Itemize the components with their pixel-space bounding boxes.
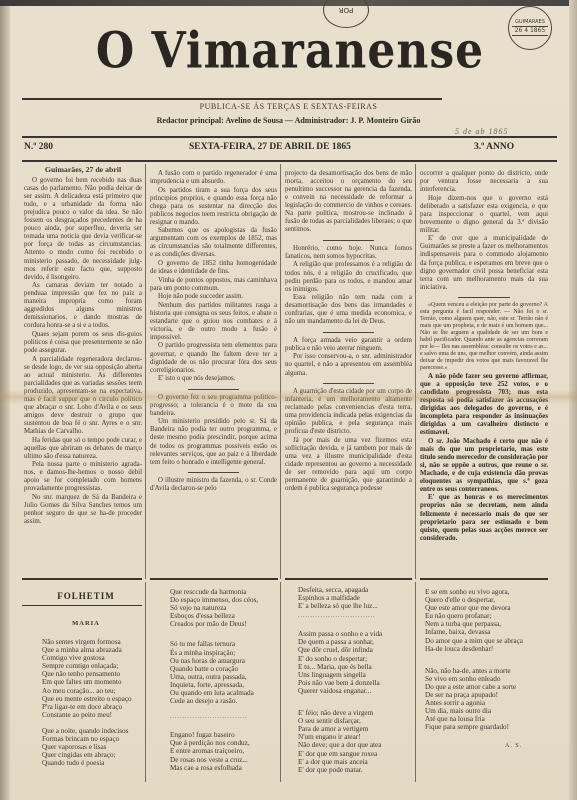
poem-stanza: Não, não ha-de, antes a morte Se vivo em… bbox=[425, 667, 523, 732]
column-divider-3 bbox=[415, 164, 416, 579]
folhetim-heading: FOLHETIM bbox=[40, 591, 132, 601]
poem-column-3: Desfeita, secca, apagada Espinhos a malf… bbox=[298, 586, 382, 782]
folhetim-divider-2 bbox=[280, 582, 281, 782]
masthead-rule bbox=[22, 98, 442, 100]
poem-stanza: Assim passa o sonho e a vida De quem a p… bbox=[298, 630, 382, 695]
section-separator bbox=[285, 327, 412, 337]
article-column-1: Guimarães, 27 de abril O governo foi bem… bbox=[24, 166, 142, 576]
poem-stanza: Que a noite, quando indecisos Formas bri… bbox=[42, 727, 132, 767]
column-divider-1 bbox=[145, 164, 146, 579]
poem-stanza: Não sentes virgem formosa Que a minha al… bbox=[42, 638, 132, 719]
article-column-4: occorrer a qualquer ponto do districto, … bbox=[420, 170, 548, 570]
poem-stanza: E' féio; não deve a virgem O seu sentir … bbox=[298, 709, 382, 774]
issue-rule-bottom bbox=[22, 160, 557, 162]
section-separator bbox=[285, 378, 412, 388]
folhetim-rule bbox=[285, 578, 412, 580]
handwritten-note: 5 de ab 1865 bbox=[455, 127, 509, 136]
section-separator bbox=[420, 292, 548, 302]
poem-dotted-separator: ............................... bbox=[298, 612, 382, 620]
folhetim-divider-3 bbox=[415, 582, 416, 782]
poem-title: MARIA bbox=[40, 620, 132, 627]
article-column-2: A fusão com o partido regenerador é uma … bbox=[150, 170, 277, 570]
folhetim-rule bbox=[420, 578, 548, 580]
poem-dotted-separator: ............................... bbox=[170, 713, 258, 721]
page-top-edge bbox=[0, 0, 577, 6]
poem-column-4: E se em sonho eu vivo agora, Quero d'ell… bbox=[425, 588, 523, 740]
poem-stanza: Só tu me fallas ternura És a minha inspi… bbox=[170, 640, 258, 705]
issue-year: 3.º ANNO bbox=[474, 142, 514, 152]
folhetim-rule bbox=[22, 578, 142, 580]
section-separator bbox=[285, 235, 412, 245]
section-separator bbox=[150, 467, 277, 477]
issue-date: SEXTA-FEIRA, 27 DE ABRIL DE 1865 bbox=[189, 142, 351, 152]
poem-stanza: Desfeita, secca, apagada Espinhos a malf… bbox=[298, 586, 382, 610]
publication-days: PUBLICA-SE ÁS TERÇAS E SEXTAS-FEIRAS bbox=[0, 102, 577, 111]
poem-column-2: Que resccude da harmonia Do espaço immen… bbox=[170, 588, 258, 780]
newspaper-page: POR GUIMARAES 26 4 1865 O Vimaranense PU… bbox=[0, 0, 577, 800]
masthead-title: O Vimaranense bbox=[40, 27, 540, 76]
folhetim-heading-rule bbox=[22, 605, 142, 606]
issue-rule-top bbox=[22, 136, 557, 138]
poem-stanza: Engano! fugaz baseiro Que á perdição nos… bbox=[170, 731, 258, 771]
section-separator bbox=[150, 384, 277, 394]
article-column-3: projecto da desamortisação dos bens de m… bbox=[285, 170, 412, 570]
poem-signature: A. S. bbox=[505, 743, 522, 749]
folhetim-rule bbox=[150, 578, 278, 580]
issue-number: N.º 280 bbox=[24, 142, 53, 152]
column-divider-2 bbox=[280, 164, 281, 579]
folhetim-divider-1 bbox=[145, 582, 146, 782]
staff-line: Redactor principal: Avelino de Sousa — A… bbox=[0, 116, 577, 125]
dateline: Guimarães, 27 de abril bbox=[24, 166, 142, 174]
poem-stanza: E se em sonho eu vivo agora, Quero d'ell… bbox=[425, 588, 523, 653]
poem-stanza: Que resccude da harmonia Do espaço immen… bbox=[170, 588, 258, 628]
poem-column-1: Não sentes virgem formosa Que a minha al… bbox=[42, 638, 132, 775]
